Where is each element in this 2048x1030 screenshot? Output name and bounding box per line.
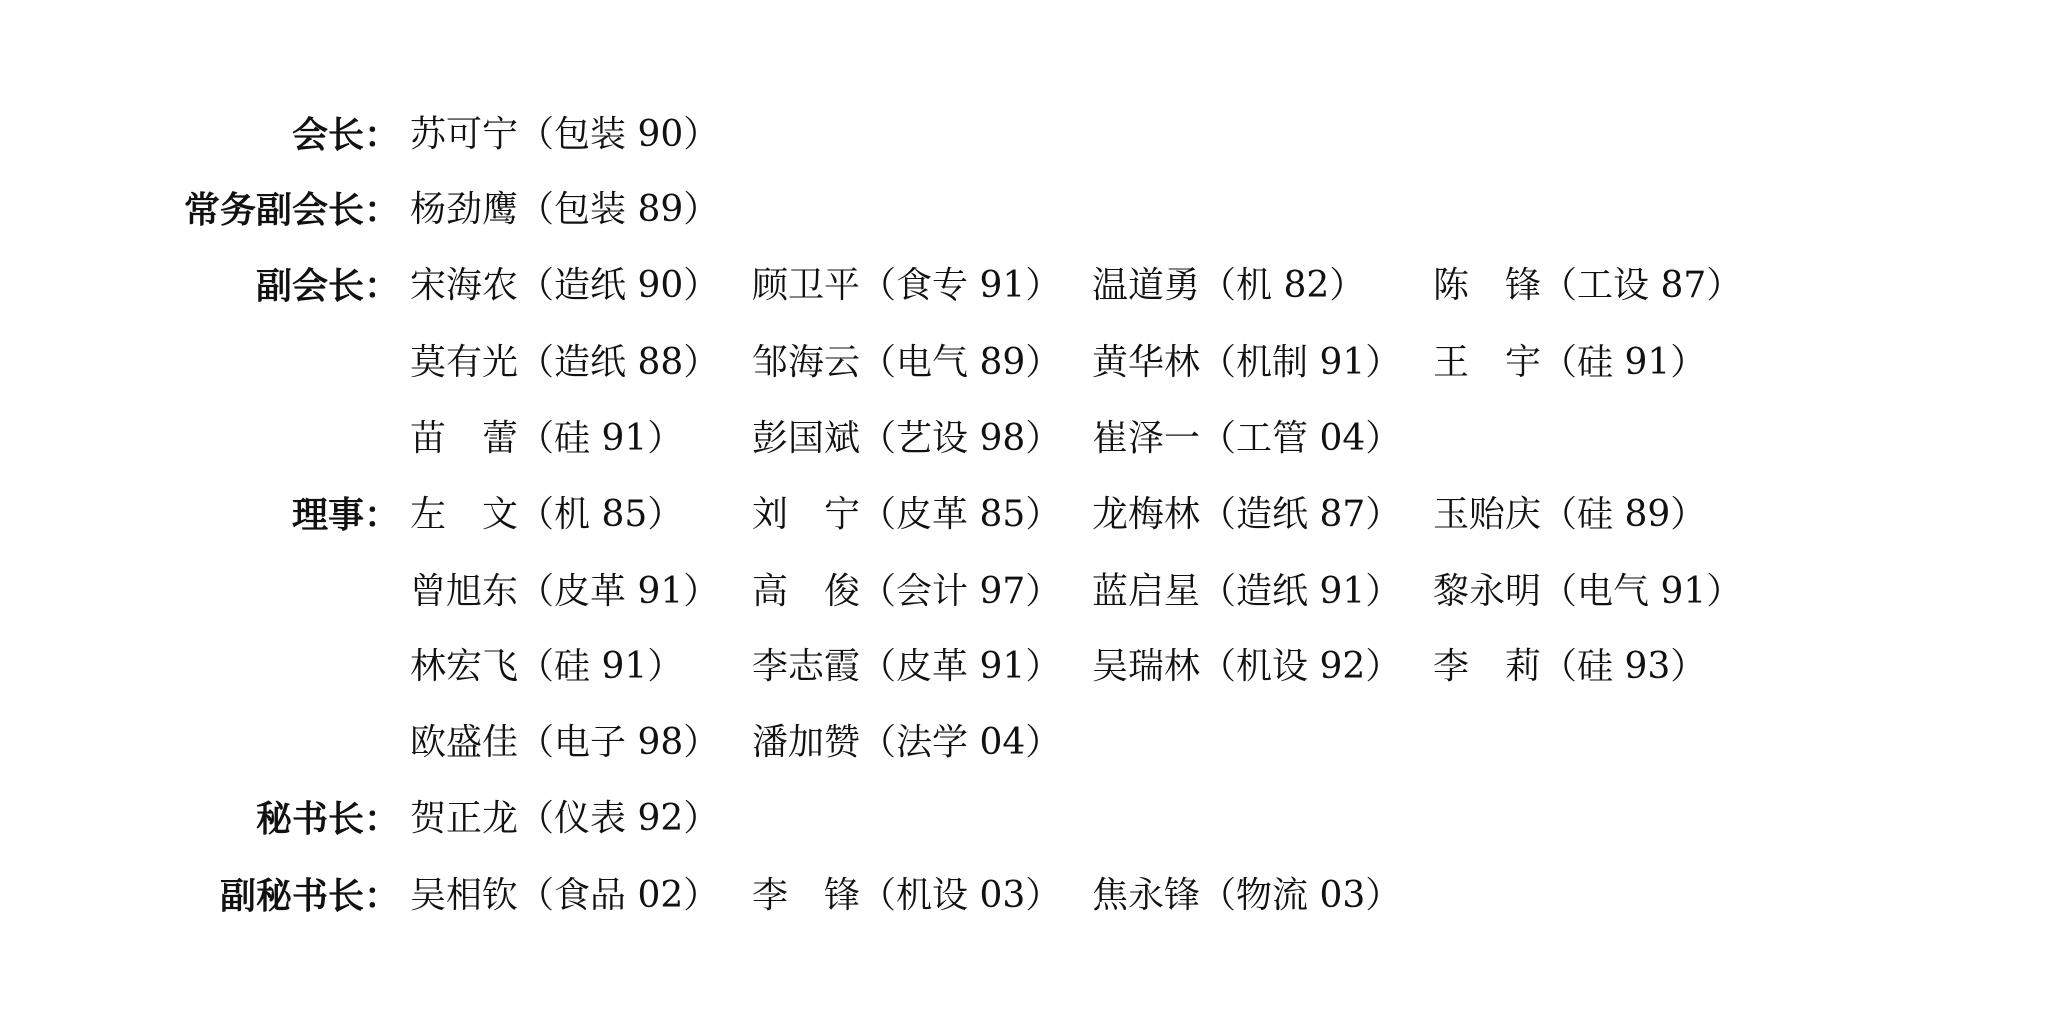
member-entry: 杨劲鹰（包装 89） <box>410 185 719 235</box>
member-entry: 欧盛佳（电子 98） <box>410 718 719 768</box>
member-entry: 崔泽一（工管 04） <box>1092 414 1401 464</box>
role-label: 理事： <box>292 490 400 540</box>
member-entry: 温道勇（机 82） <box>1092 261 1365 311</box>
member-entry: 贺正龙（仪表 92） <box>410 794 719 844</box>
member-entry: 邹海云（电气 89） <box>752 338 1061 388</box>
row-vice-presidents-1: 副会长： 宋海农（造纸 90） 顾卫平（食专 91） 温道勇（机 82） 陈 锋… <box>0 261 2048 311</box>
row-deputy-secretaries: 副秘书长： 吴相钦（食品 02） 李 锋（机设 03） 焦永锋（物流 03） <box>0 871 2048 921</box>
member-entry: 苗 蕾（硅 91） <box>410 414 683 464</box>
member-entry: 刘 宁（皮革 85） <box>752 490 1061 540</box>
member-entry: 苏可宁（包装 90） <box>410 110 719 160</box>
member-entry: 黄华林（机制 91） <box>1092 338 1401 388</box>
row-directors-4: 欧盛佳（电子 98） 潘加赞（法学 04） <box>0 718 2048 768</box>
role-label: 副会长： <box>256 261 400 311</box>
row-secretary-general: 秘书长： 贺正龙（仪表 92） <box>0 794 2048 844</box>
row-directors-1: 理事： 左 文（机 85） 刘 宁（皮革 85） 龙梅林（造纸 87） 玉贻庆（… <box>0 490 2048 540</box>
member-entry: 蓝启星（造纸 91） <box>1092 567 1401 617</box>
row-president: 会长： 苏可宁（包装 90） <box>0 110 2048 160</box>
row-vice-presidents-3: 苗 蕾（硅 91） 彭国斌（艺设 98） 崔泽一（工管 04） <box>0 414 2048 464</box>
member-entry: 李志霞（皮革 91） <box>752 642 1061 692</box>
member-entry: 林宏飞（硅 91） <box>410 642 683 692</box>
member-entry: 莫有光（造纸 88） <box>410 338 719 388</box>
member-entry: 玉贻庆（硅 89） <box>1433 490 1706 540</box>
member-entry: 潘加赞（法学 04） <box>752 718 1061 768</box>
row-directors-2: 曾旭东（皮革 91） 高 俊（会计 97） 蓝启星（造纸 91） 黎永明（电气 … <box>0 567 2048 617</box>
member-entry: 王 宇（硅 91） <box>1433 338 1706 388</box>
member-entry: 高 俊（会计 97） <box>752 567 1061 617</box>
member-entry: 李 莉（硅 93） <box>1433 642 1706 692</box>
member-entry: 焦永锋（物流 03） <box>1092 871 1401 921</box>
member-entry: 左 文（机 85） <box>410 490 683 540</box>
member-entry: 李 锋（机设 03） <box>752 871 1061 921</box>
member-entry: 吴相钦（食品 02） <box>410 871 719 921</box>
row-executive-vice-president: 常务副会长： 杨劲鹰（包装 89） <box>0 185 2048 235</box>
role-label: 会长： <box>292 110 400 160</box>
member-entry: 吴瑞林（机设 92） <box>1092 642 1401 692</box>
member-entry: 龙梅林（造纸 87） <box>1092 490 1401 540</box>
role-label: 副秘书长： <box>220 871 400 921</box>
row-vice-presidents-2: 莫有光（造纸 88） 邹海云（电气 89） 黄华林（机制 91） 王 宇（硅 9… <box>0 338 2048 388</box>
member-entry: 陈 锋（工设 87） <box>1433 261 1742 311</box>
role-label: 常务副会长： <box>184 185 400 235</box>
member-entry: 顾卫平（食专 91） <box>752 261 1061 311</box>
row-directors-3: 林宏飞（硅 91） 李志霞（皮革 91） 吴瑞林（机设 92） 李 莉（硅 93… <box>0 642 2048 692</box>
member-entry: 宋海农（造纸 90） <box>410 261 719 311</box>
role-label: 秘书长： <box>256 794 400 844</box>
member-entry: 曾旭东（皮革 91） <box>410 567 719 617</box>
member-entry: 黎永明（电气 91） <box>1433 567 1742 617</box>
member-entry: 彭国斌（艺设 98） <box>752 414 1061 464</box>
